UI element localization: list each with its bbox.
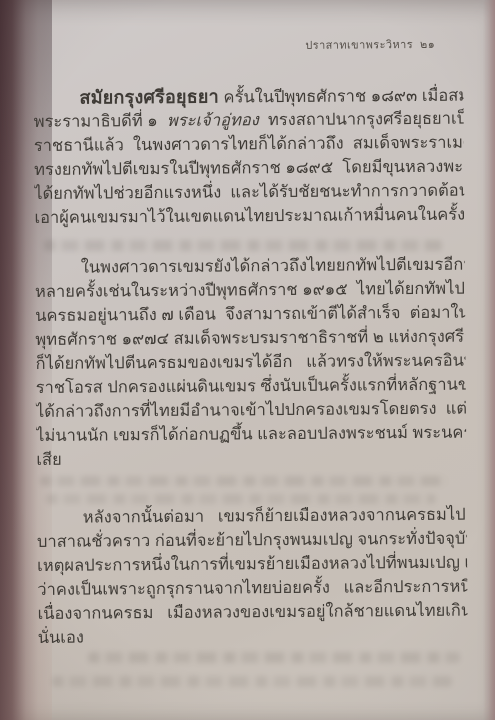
body-text-segment: ราชโอรส ปกครองแผ่นดินเขมร ซึ่งนับเป็นครั… [36,375,466,397]
body-text-segment: หลายครั้งเช่นในระหว่างปีพุทธศักราช ๑๙๑๕ … [35,279,465,301]
paragraph: สมัยกรุงศรีอยุธยา ครั้นในปีพุทธศักราช ๑๘… [33,83,464,230]
text-line: ได้กล่าวถึงการที่ไทยมีอำนาจเข้าไปปกครองเ… [36,397,466,424]
running-head-title: ปราสาทเขาพระวิหาร [305,39,413,52]
text-line: ไม่นานนัก เขมรก็ได้ก่อกบฏขึ้น และลอบปลงพ… [36,421,466,448]
text-line: ว่าคงเป็นเพราะถูกรุกรานจากไทยบ่อยครั้ง แ… [37,575,467,602]
text-line: พระรามาธิบดีที่ ๑ พระเจ้าอู่ทอง ทรงสถาปน… [34,107,464,134]
text-line: เนื่องจากนครธม เมืองหลวงของเขมรอยู่ใกล้ช… [37,599,467,626]
body-text-segment: นครธมอยู่นานถึง ๗ เดือน จึงสามารถเข้าตีไ… [35,303,465,324]
body-text-segment: ว่าคงเป็นเพราะถูกรุกรานจากไทยบ่อยครั้ง แ… [37,578,467,599]
body-text-segment: ครั้นในปีพุทธศักราช ๑๘๙๓ เมื่อสมเด็จ [219,86,464,106]
text-line: เหตุผลประการหนึ่งในการที่เขมรย้ายเมืองหล… [37,551,467,578]
text-line: หลังจากนั้นต่อมา เขมรก็ย้ายเมืองหลวงจากน… [37,503,467,530]
body-text-segment: ทรงสถาปนากรุงศรีอยุธยาเป็น [259,110,464,130]
page-content: ปราสาทเขาพระวิหาร๒๑ สมัยกรุงศรีอยุธยา คร… [33,35,468,650]
body-text-segment: พระรามาธิบดีที่ ๑ [34,112,167,131]
show-through-text [46,494,436,504]
show-through-text [52,676,452,687]
show-through-text [40,476,448,486]
emphasized-name: พระเจ้าอู่ทอง [167,111,259,130]
book-page-photo: ปราสาทเขาพระวิหาร๒๑ สมัยกรุงศรีอยุธยา คร… [0,0,495,720]
body-text-segment: พุทธศักราช ๑๙๗๔ สมเด็จพระบรมราชาธิราชที่… [35,327,465,349]
paragraph: ในพงศาวดารเขมรยังได้กล่าวถึงไทยยกทัพไปตี… [35,253,467,472]
text-line: ก็ได้ยกทัพไปตีนครธมของเขมรได้อีก แล้วทรง… [35,349,465,376]
body-text-segment: เหตุผลประการหนึ่งในการที่เขมรย้ายเมืองหล… [37,553,467,575]
text-line: ทรงยกทัพไปตีเขมรในปีพุทธศักราช ๑๘๙๕ โดยม… [34,155,464,182]
body-text-segment: เอาผู้คนเขมรมาไว้ในเขตแดนไทยประมาณเก้าหม… [34,205,464,227]
body-text-segment: ในพงศาวดารเขมรยังได้กล่าวถึงไทยยกทัพไปตี… [81,255,465,276]
text-line: ราชธานีแล้ว ในพงศาวดารไทยก็ได้กล่าวถึง ส… [34,131,464,158]
show-through-text [44,240,442,251]
text-line: ได้ยกทัพไปช่วยอีกแรงหนึ่ง และได้รับชัยชน… [34,179,464,206]
body-text-segment: บาสาณชั่วคราว ก่อนที่จะย้ายไปกรุงพนมเปญ … [37,530,467,551]
running-head: ปราสาทเขาพระวิหาร๒๑ [33,35,463,56]
body-text-segment: เนื่องจากนครธม เมืองหลวงของเขมรอยู่ใกล้ช… [37,601,467,623]
text-line: ราชโอรส ปกครองแผ่นดินเขมร ซึ่งนับเป็นครั… [36,373,466,400]
body-text-segment: เสีย [36,451,62,469]
body-text-segment: ได้กล่าวถึงการที่ไทยมีอำนาจเข้าไปปกครองเ… [36,400,466,421]
text-line: บาสาณชั่วคราว ก่อนที่จะย้ายไปกรุงพนมเปญ … [37,527,467,554]
text-line: ในพงศาวดารเขมรยังได้กล่าวถึงไทยยกทัพไปตี… [35,253,465,280]
body-text-segment: ราชธานีแล้ว ในพงศาวดารไทยก็ได้กล่าวถึง ส… [34,133,464,155]
text-line: เอาผู้คนเขมรมาไว้ในเขตแดนไทยประมาณเก้าหม… [34,203,464,230]
body-text-segment: ทรงยกทัพไปตีเขมรในปีพุทธศักราช ๑๘๙๕ โดยม… [34,157,464,179]
body-text-segment: ไม่นานนัก เขมรก็ได้ก่อกบฏขึ้น และลอบปลงพ… [36,423,466,445]
section-lead-text: สมัยกรุงศรีอยุธยา [79,87,219,108]
page-number: ๒๑ [420,39,435,51]
paragraph: หลังจากนั้นต่อมา เขมรก็ย้ายเมืองหลวงจากน… [37,503,468,650]
text-line: นั่นเอง [38,623,468,650]
text-line: หลายครั้งเช่นในระหว่างปีพุทธศักราช ๑๙๑๕ … [35,277,465,304]
body-text: สมัยกรุงศรีอยุธยา ครั้นในปีพุทธศักราช ๑๘… [33,83,467,650]
text-line: เสีย [36,445,466,472]
body-text-segment: ก็ได้ยกทัพไปตีนครธมของเขมรได้อีก แล้วทรง… [35,351,465,373]
body-text-segment: หลังจากนั้นต่อมา เขมรก็ย้ายเมืองหลวงจากน… [83,505,467,526]
body-text-segment: นั่นเอง [38,629,84,647]
body-text-segment: ได้ยกทัพไปช่วยอีกแรงหนึ่ง และได้รับชัยชน… [34,182,464,203]
text-line: สมัยกรุงศรีอยุธยา ครั้นในปีพุทธศักราช ๑๘… [33,83,463,110]
text-line: นครธมอยู่นานถึง ๗ เดือน จึงสามารถเข้าตีไ… [35,301,465,328]
page-right-edge [483,0,495,720]
show-through-text [88,652,460,663]
text-line: พุทธศักราช ๑๙๗๔ สมเด็จพระบรมราชาธิราชที่… [35,325,465,352]
